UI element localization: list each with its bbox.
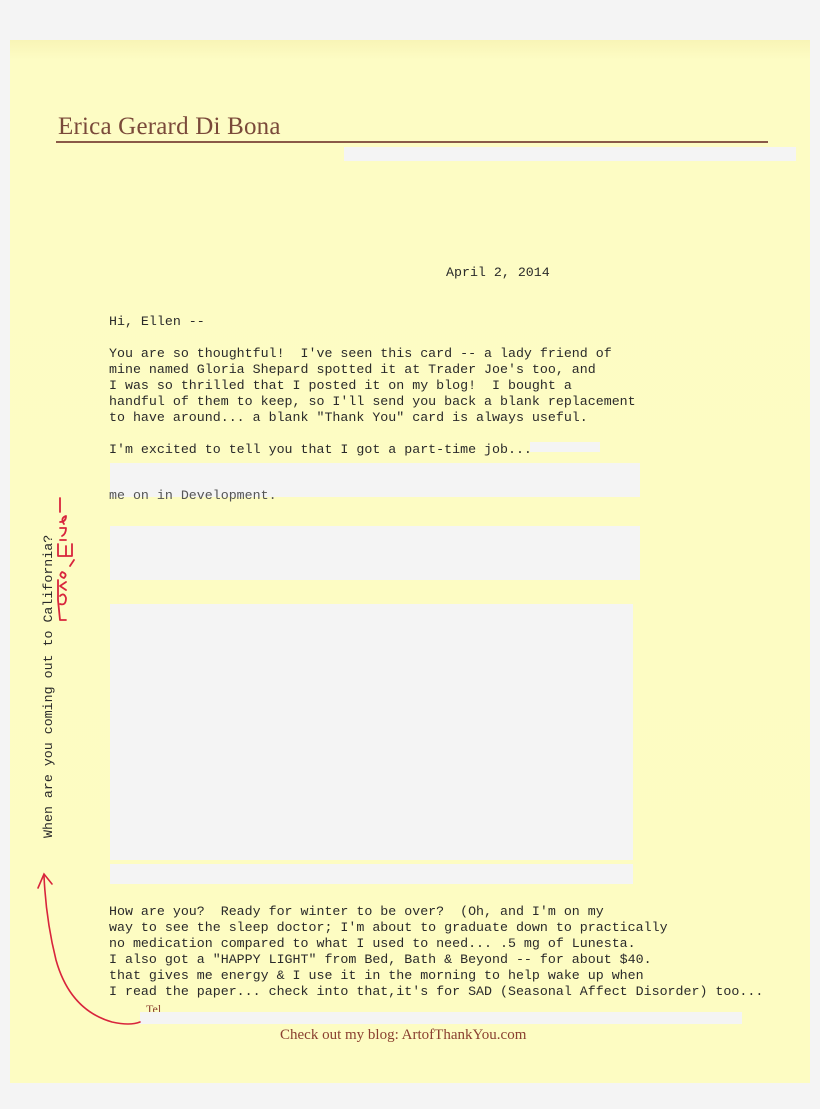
handwritten-signature: [58, 498, 74, 620]
red-arrow-icon: [38, 874, 140, 1024]
handwriting-layer: [0, 0, 820, 1109]
